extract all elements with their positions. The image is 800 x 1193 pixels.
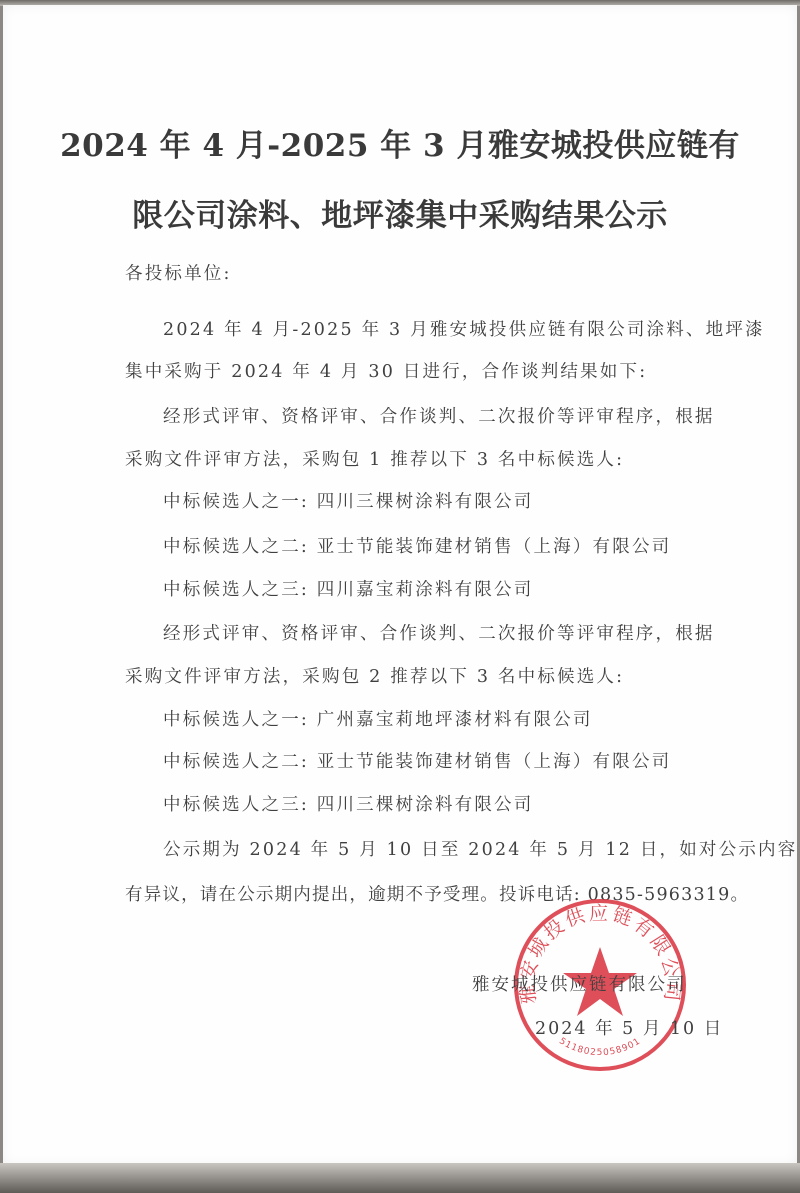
package2-candidate-3: 中标候选人之三: 四川三棵树涂料有限公司 [163,791,533,816]
package2-line-1: 经形式评审、资格评审、合作谈判、二次报价等评审程序，根据 [163,620,715,645]
intro-line-1: 2024 年 4 月-2025 年 3 月雅安城投供应链有限公司涂料、地坪漆 [163,316,765,341]
package1-line-2: 采购文件评审方法，采购包 1 推荐以下 3 名中标候选人: [125,446,624,471]
greeting: 各投标单位: [125,260,232,285]
package2-candidate-2: 中标候选人之二: 亚士节能装饰建材销售（上海）有限公司 [163,748,671,773]
package2-candidate-1: 中标候选人之一: 广州嘉宝莉地坪漆材料有限公司 [163,706,593,731]
notice-line-1: 公示期为 2024 年 5 月 10 日至 2024 年 5 月 12 日，如对… [163,836,797,861]
package1-line-1: 经形式评审、资格评审、合作谈判、二次报价等评审程序，根据 [163,403,715,428]
package1-candidate-1: 中标候选人之一: 四川三棵树涂料有限公司 [163,488,533,513]
intro-line-2: 集中采购于 2024 年 4 月 30 日进行，合作谈判结果如下: [125,358,647,383]
signature-date: 2024 年 5 月 10 日 [535,1015,723,1040]
package1-candidate-3: 中标候选人之三: 四川嘉宝莉涂料有限公司 [163,576,533,601]
package2-line-2: 采购文件评审方法，采购包 2 推荐以下 3 名中标候选人: [125,663,624,688]
paper-edge-bottom [0,1163,800,1193]
package1-candidate-2: 中标候选人之二: 亚士节能装饰建材销售（上海）有限公司 [163,533,671,558]
document-title-line-1: 2024 年 4 月-2025 年 3 月雅安城投供应链有 [0,120,800,165]
document-title-line-2: 限公司涂料、地坪漆集中采购结果公示 [0,190,800,235]
signature-company: 雅安城投供应链有限公司 [472,971,687,996]
